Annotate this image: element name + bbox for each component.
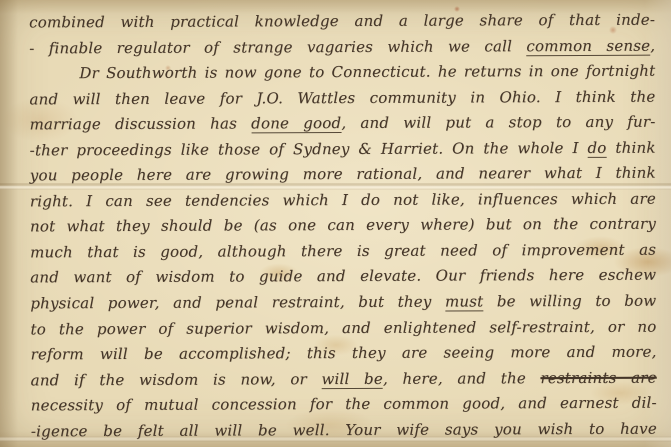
handwritten-text: combined with practical knowledge and a … — [29, 11, 655, 32]
letter-line: Dr Southworth is now gone to Connecticut… — [29, 59, 655, 87]
handwritten-text: and will then leave for J.O. Wattles com… — [29, 87, 655, 108]
letter-line: and will then leave for J.O. Wattles com… — [29, 84, 655, 112]
handwritten-text: , and will put a stop to any fur- — [341, 113, 655, 132]
handwritten-text: necessity of mutual concession for the c… — [31, 394, 657, 415]
letter-line: - finable regulator of strange vagaries … — [29, 33, 655, 61]
handwritten-text: be willing to bow — [483, 292, 656, 311]
handwritten-text: , — [650, 36, 655, 54]
handwritten-text: and want of wisdom to guide and elevate.… — [30, 266, 656, 287]
handwritten-text: right. I can see tendencies which I do n… — [30, 189, 656, 210]
underlined-text: done good — [251, 114, 341, 133]
letter-line: combined with practical knowledge and a … — [29, 8, 655, 36]
letter-line: and want of wisdom to guide and elevate.… — [30, 263, 656, 291]
letter-line: you people here are growing more rationa… — [30, 161, 656, 189]
handwritten-text: think — [606, 138, 655, 156]
letter-line: necessity of mutual concession for the c… — [31, 391, 657, 419]
underlined-text: common sense — [526, 36, 650, 56]
letter-line: marriage discussion has done good, and w… — [29, 110, 655, 138]
letter-line: physical power, and penal restraint, but… — [30, 289, 656, 317]
handwritten-text: and if the wisdom is now, or — [31, 370, 322, 389]
handwritten-text: much that is good, although there is gre… — [30, 241, 656, 262]
letter-line: reform will be accomplished; this they a… — [30, 340, 656, 368]
letter-line: -ther proceedings like those of Sydney &… — [30, 135, 656, 163]
letter-line: much that is good, although there is gre… — [30, 238, 656, 266]
handwritten-text: marriage discussion has — [30, 115, 252, 134]
handwritten-text: -ther proceedings like those of Sydney &… — [30, 139, 588, 159]
underlined-text: will be — [321, 369, 383, 388]
letter-line: not what they should be (as one can ever… — [30, 212, 656, 240]
letter-body: combined with practical knowledge and a … — [29, 8, 657, 447]
handwritten-text: not what they should be (as one can ever… — [30, 215, 656, 236]
underlined-text: must — [445, 292, 484, 311]
letter-line: right. I can see tendencies which I do n… — [30, 186, 656, 214]
letter-line: and if the wisdom is now, or will be, he… — [31, 365, 657, 393]
handwritten-text: Dr Southworth is now gone to Connecticut… — [79, 62, 655, 83]
handwritten-text: , here, and the — [383, 369, 541, 388]
handwritten-text: - finable regulator of strange vagaries … — [29, 37, 526, 57]
letter-line: to the power of superior wisdom, and enl… — [30, 314, 656, 342]
handwritten-text: to the power of superior wisdom, and enl… — [30, 317, 656, 338]
underlined-text: do — [587, 139, 606, 158]
cut-off-previous-line: y g p y f p g y j p g y p f y g p — [34, 0, 651, 1]
handwritten-text: you people here are growing more rationa… — [30, 164, 656, 185]
handwritten-text: physical power, and penal restraint, but… — [30, 293, 445, 313]
letter-line: -igence be felt all will be well. Your w… — [31, 416, 657, 444]
handwritten-text: reform will be accomplished; this they a… — [31, 343, 657, 364]
handwritten-text: -igence be felt all will be well. Your w… — [31, 419, 657, 440]
struck-text: restraints are — [540, 368, 656, 387]
letter-scan-page: y g p y f p g y j p g y p f y g p combin… — [0, 0, 671, 447]
